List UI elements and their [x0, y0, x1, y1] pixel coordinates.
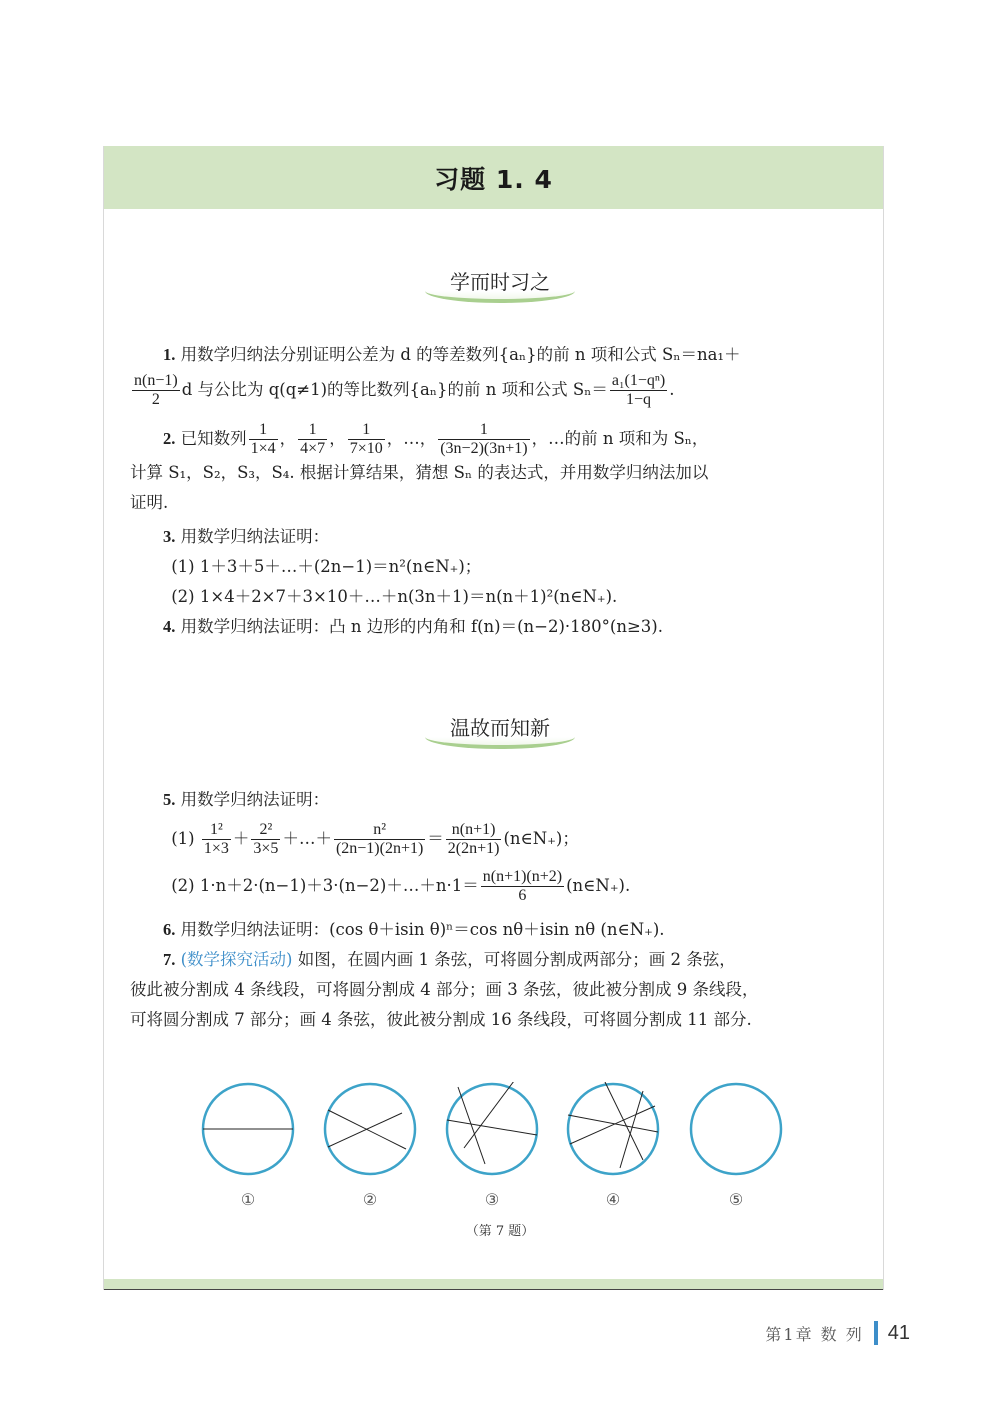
problem-6: 6. 用数学归纳法证明：(cos θ＋isin θ)ⁿ＝cos nθ＋isin …: [130, 915, 858, 945]
figure-label: ②: [350, 1190, 390, 1209]
figure-label: ⑤: [716, 1190, 756, 1209]
circle-5: [691, 1084, 781, 1174]
activity-tag: (数学探究活动): [181, 950, 293, 969]
footer-divider: [874, 1321, 878, 1345]
fraction: n²(2n−1)(2n+1): [334, 821, 425, 858]
bottom-band: [104, 1279, 883, 1290]
fraction: 1(3n−2)(3n+1): [438, 421, 529, 458]
problem-3: 3. 用数学归纳法证明：: [130, 522, 858, 552]
fraction: n(n+1)(n+2)6: [481, 868, 564, 905]
figure-label: ①: [228, 1190, 268, 1209]
problem-5-item-1: (1) 1²1×3＋2²3×5＋…＋n²(2n−1)(2n+1)＝n(n+1)2…: [130, 821, 858, 858]
problem-7-line3: 可将圆分割成 7 部分；画 4 条弦，彼此被分割成 16 条线段，可将圆分割成 …: [130, 1005, 858, 1035]
problem-2-line2: 计算 S₁，S₂，S₃，S₄. 根据计算结果，猜想 Sₙ 的表达式，并用数学归纳…: [130, 458, 858, 488]
problem-7: 7. (数学探究活动) 如图，在圆内画 1 条弦，可将圆分割成两部分；画 2 条…: [130, 945, 858, 975]
title-band: 习题 1. 4: [104, 146, 883, 209]
section-heading-review: 学而时习之: [0, 266, 1000, 303]
figure-caption: （第 7 题）: [0, 1220, 1000, 1239]
circle-3: [447, 1084, 537, 1174]
fraction: 17×10: [348, 421, 385, 458]
problem-3-item-1: (1) 1＋3＋5＋…＋(2n−1)＝n²(n∈N₊)；: [130, 552, 858, 582]
problem-1-cont: n(n−1)2d 与公比为 q(q≠1)的等比数列{aₙ}的前 n 项和公式 S…: [130, 372, 858, 409]
fraction: 2²3×5: [251, 821, 280, 858]
section-label: 学而时习之: [450, 270, 550, 294]
fraction: n(n−1)2: [132, 372, 180, 409]
chord-figures: [200, 1082, 790, 1177]
fraction: a₁(1−qⁿ)1−q: [610, 372, 667, 409]
fraction: 11×4: [249, 421, 278, 458]
problem-4: 4. 用数学归纳法证明：凸 n 边形的内角和 f(n)＝(n−2)·180°(n…: [130, 612, 858, 642]
problem-1: 1. 用数学归纳法分别证明公差为 d 的等差数列{aₙ}的前 n 项和公式 Sₙ…: [130, 340, 858, 370]
problem-3-item-2: (2) 1×4＋2×7＋3×10＋…＋n(3n＋1)＝n(n＋1)²(n∈N₊)…: [130, 582, 858, 612]
figure-label: ④: [593, 1190, 633, 1209]
chapter-label: 第1章 数 列: [765, 1322, 863, 1345]
fraction: 14×7: [298, 421, 327, 458]
page-title: 习题 1. 4: [434, 160, 553, 196]
figure-labels: ① ② ③ ④ ⑤: [200, 1190, 790, 1214]
problem-5-item-2: (2) 1·n＋2·(n−1)＋3·(n−2)＋…＋n·1＝n(n+1)(n+2…: [130, 868, 858, 905]
circle-2: [325, 1084, 415, 1174]
fraction: 1²1×3: [202, 821, 231, 858]
fraction: n(n+1)2(2n+1): [446, 821, 502, 858]
page-footer: 第1章 数 列 41: [765, 1321, 910, 1345]
problems-block-1: 1. 用数学归纳法分别证明公差为 d 的等差数列{aₙ}的前 n 项和公式 Sₙ…: [130, 340, 858, 642]
problems-block-2: 5. 用数学归纳法证明： (1) 1²1×3＋2²3×5＋…＋n²(2n−1)(…: [130, 785, 858, 1035]
problem-2: 2. 已知数列11×4，14×7，17×10，…，1(3n−2)(3n+1)，……: [130, 421, 858, 458]
figure-label: ③: [472, 1190, 512, 1209]
page-number: 41: [888, 1322, 910, 1345]
problem-7-line2: 彼此被分割成 4 条线段，可将圆分割成 4 部分；画 3 条弦，彼此被分割成 9…: [130, 975, 858, 1005]
problem-2-line3: 证明.: [130, 488, 858, 518]
section-label: 温故而知新: [450, 716, 550, 740]
problem-5: 5. 用数学归纳法证明：: [130, 785, 858, 815]
section-heading-new: 温故而知新: [0, 712, 1000, 749]
